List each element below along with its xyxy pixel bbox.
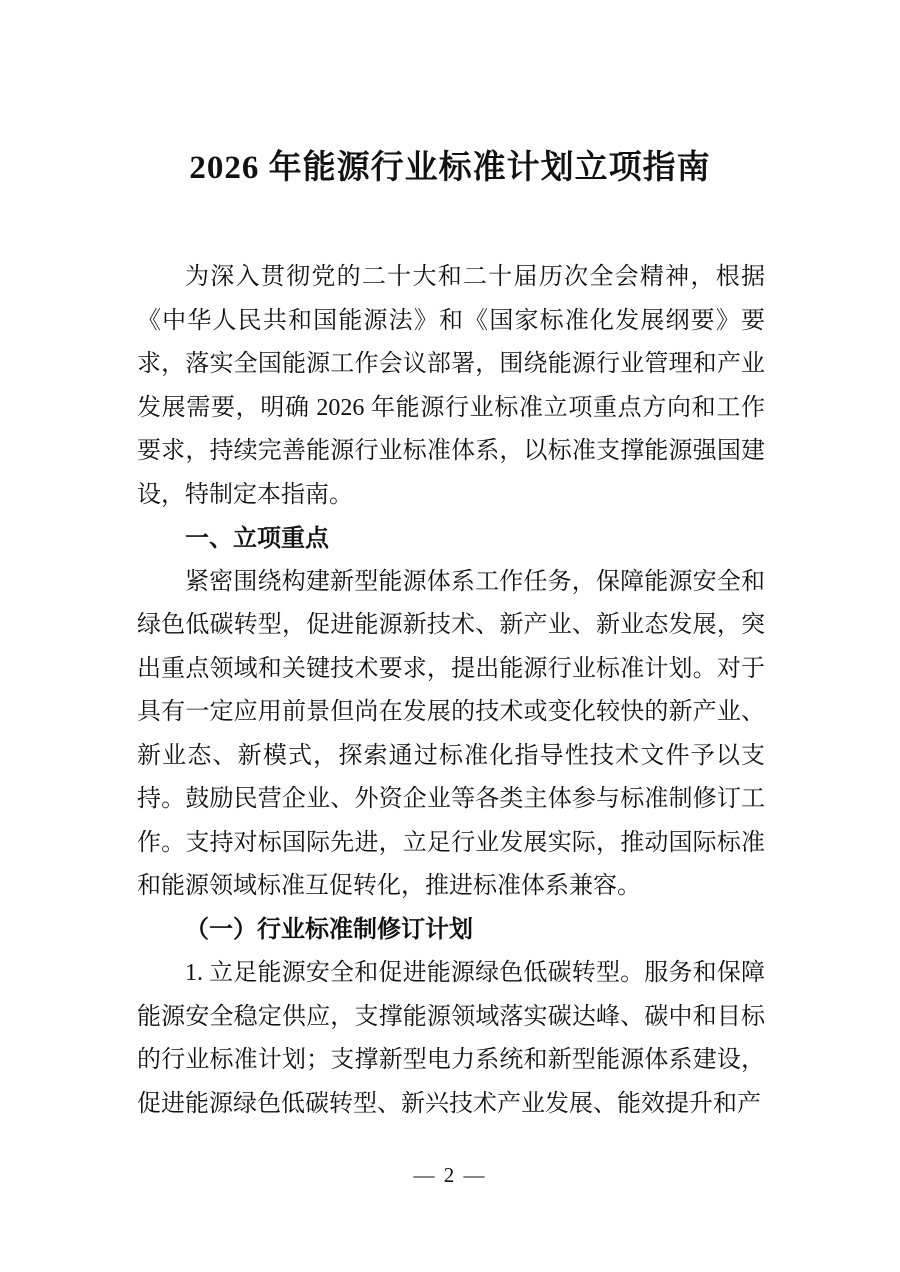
document-title: 2026 年能源行业标准计划立项指南 [0, 0, 900, 190]
page-number: — 2 — [0, 1163, 900, 1188]
section1-paragraph: 紧密围绕构建新型能源体系工作任务，保障能源安全和绿色低碳转型，促进能源新技术、新… [137, 561, 765, 909]
section-heading-project-priorities: 一、立项重点 [137, 517, 765, 561]
intro-paragraph: 为深入贯彻党的二十大和二十届历次全会精神，根据《中华人民共和国能源法》和《国家标… [137, 256, 765, 517]
document-body: 为深入贯彻党的二十大和二十届历次全会精神，根据《中华人民共和国能源法》和《国家标… [137, 256, 765, 1126]
item1-paragraph: 1. 立足能源安全和促进能源绿色低碳转型。服务和保障能源安全稳定供应，支撑能源领… [137, 952, 765, 1126]
document-page: 2026 年能源行业标准计划立项指南 为深入贯彻党的二十大和二十届历次全会精神，… [0, 0, 900, 1272]
subsection-heading-standard-revision-plan: （一）行业标准制修订计划 [137, 909, 765, 953]
